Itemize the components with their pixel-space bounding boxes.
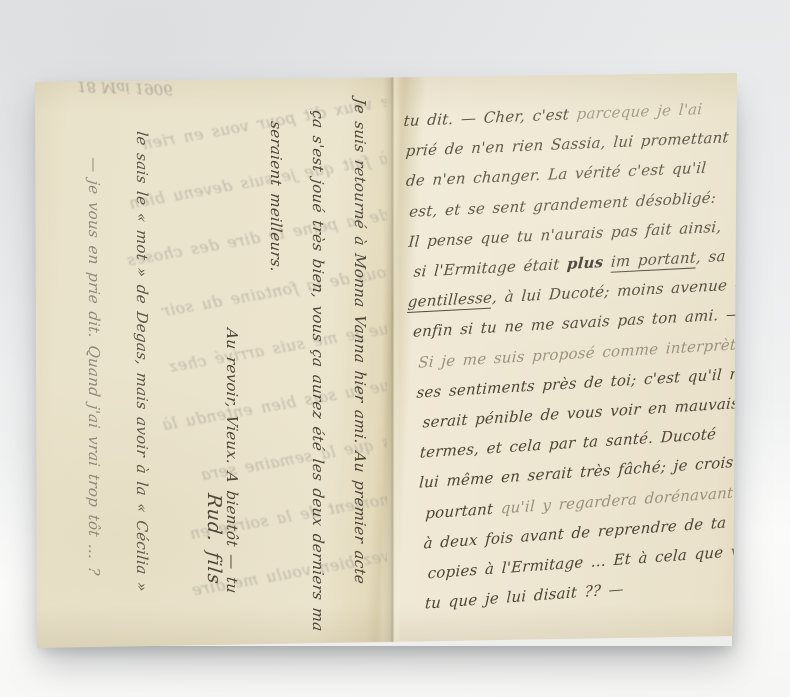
handwriting-segment: tu dit. — Cher, c'est bbox=[403, 105, 578, 130]
handwriting-segment: plus bbox=[566, 253, 604, 273]
letter-left-page: 18 Mai 1906 que je veux dit pour vous en… bbox=[35, 73, 390, 651]
handwriting-segment: im portant bbox=[610, 248, 697, 272]
handwriting-column: seraient meilleurs. bbox=[261, 120, 291, 274]
handwriting-column: — je vous en prie dit. Quand j'ai vrai t… bbox=[79, 156, 109, 577]
signature: Rud. fils bbox=[199, 492, 229, 586]
letter-bifolium: 18 Mai 1906 que je veux dit pour vous en… bbox=[35, 73, 737, 651]
handwriting-segment: , sa bbox=[695, 247, 726, 267]
letter-right-page: tu dit. — Cher, c'est parceque je l'aipr… bbox=[390, 73, 737, 651]
handwriting-segment: gentillesse bbox=[407, 289, 493, 314]
handwriting-segment: pourtant bbox=[425, 499, 501, 522]
handwriting-column: le sais le « mot » de Degas, mais avoir … bbox=[127, 130, 157, 593]
right-page-text: tu dit. — Cher, c'est parceque je l'aipr… bbox=[403, 92, 763, 619]
handwriting-segment: parceque je l'ai bbox=[576, 100, 703, 123]
handwriting-column: Je suis retourné à Monna Vanna hier ami.… bbox=[345, 97, 375, 586]
handwriting-column: ça s'est joué très bien, vous ça aurez é… bbox=[303, 109, 333, 633]
handwriting-segment: si l'Ermitage était bbox=[413, 255, 568, 281]
